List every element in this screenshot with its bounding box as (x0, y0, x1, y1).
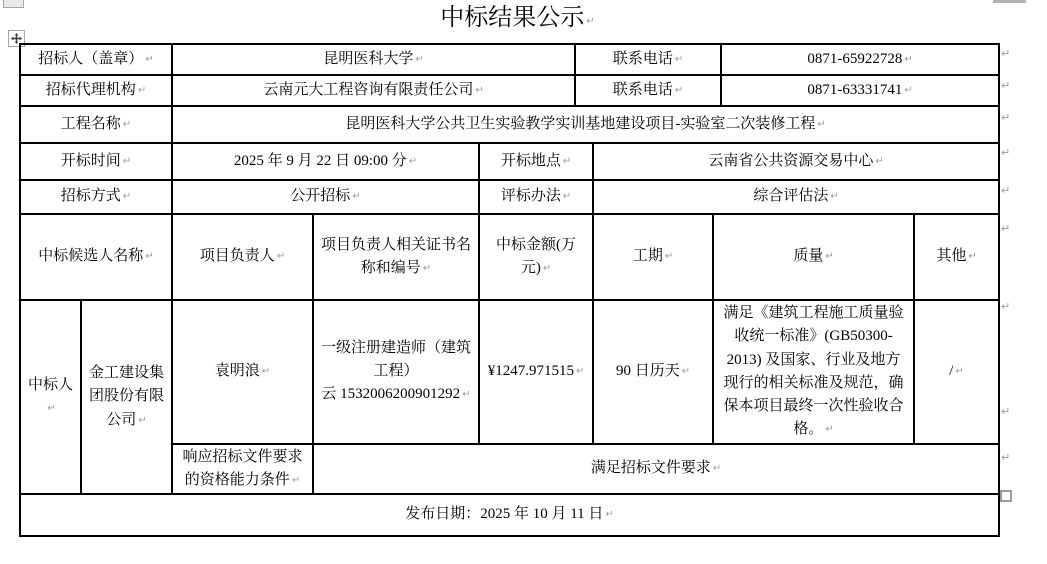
cell-contact-label-2[interactable]: 联系电话↵ (575, 75, 721, 106)
cell-open-place-value[interactable]: 云南省公共资源交易中心↵ (593, 143, 999, 180)
cell-project-label[interactable]: 工程名称↵ (20, 106, 172, 143)
row-end-mark: ↵ (1001, 79, 1010, 92)
table-row: 工程名称↵ 昆明医科大学公共卫生实验教学实训基地建设项目-实验室二次装修工程↵ (20, 106, 999, 143)
cell-method-label[interactable]: 招标方式↵ (20, 180, 172, 214)
cell-winner-company[interactable]: 金工建设集团股份有限公司↵ (81, 300, 172, 494)
cell-winner-role[interactable]: 中标人↵ (20, 300, 81, 494)
cell-open-time-label[interactable]: 开标时间↵ (20, 143, 172, 180)
page-title-text: 中标结果公示 (440, 5, 584, 31)
cell-open-time-value[interactable]: 2025 年 9 月 22 日 09:00 分↵ (172, 143, 479, 180)
cell-bidder-label[interactable]: 招标人（盖章）↵ (20, 44, 172, 75)
table-resize-handle[interactable] (1000, 490, 1012, 502)
cell-method-value[interactable]: 公开招标↵ (172, 180, 479, 214)
row-end-mark: ↵ (1001, 300, 1010, 313)
cell-publish-date[interactable]: 发布日期：2025 年 10 月 11 日↵ (20, 494, 999, 536)
row-end-mark: ↵ (1001, 451, 1010, 464)
cell-winner-quality[interactable]: 满足《建筑工程施工质量验收统一标准》(GB50300-2013) 及国家、行业及… (713, 300, 914, 444)
table-row: 发布日期：2025 年 10 月 11 日↵ (20, 494, 999, 536)
table-header-row: 中标候选人名称↵ 项目负责人↵ 项目负责人相关证书名 称和编号↵ 中标金额(万元… (20, 214, 999, 300)
cell-phone-1[interactable]: 0871-65922728↵ (721, 44, 999, 75)
row-end-mark: ↵ (1001, 47, 1010, 60)
cell-open-place-label[interactable]: 开标地点↵ (479, 143, 593, 180)
cell-agency-value[interactable]: 云南元大工程咨询有限责任公司↵ (172, 75, 575, 106)
cell-winner-certificate[interactable]: 一级注册建造师（建筑工程） 云 1532006200901292↵ (313, 300, 479, 444)
table-row: 招标代理机构↵ 云南元大工程咨询有限责任公司↵ 联系电话↵ 0871-63331… (20, 75, 999, 106)
header-manager[interactable]: 项目负责人↵ (172, 214, 313, 300)
table-row: 开标时间↵ 2025 年 9 月 22 日 09:00 分↵ 开标地点↵ 云南省… (20, 143, 999, 180)
cell-qualification-label[interactable]: 响应招标文件要求的资格能力条件↵ (172, 444, 313, 495)
table-row: 招标方式↵ 公开招标↵ 评标办法↵ 综合评估法↵ (20, 180, 999, 214)
cell-bidder-value[interactable]: 昆明医科大学↵ (172, 44, 575, 75)
header-other[interactable]: 其他↵ (914, 214, 999, 300)
cell-winner-duration[interactable]: 90 日历天↵ (593, 300, 713, 444)
cell-eval-value[interactable]: 综合评估法↵ (593, 180, 999, 214)
row-end-mark: ↵ (1001, 184, 1010, 197)
table-row: 招标人（盖章）↵ 昆明医科大学↵ 联系电话↵ 0871-65922728↵ (20, 44, 999, 75)
row-end-mark: ↵ (1001, 146, 1010, 159)
document-page: 中标结果公示↵ 招标人（盖章）↵ 昆明医科大学↵ 联系电话↵ 0871-6592… (0, 0, 1047, 564)
row-end-mark: ↵ (1001, 111, 1010, 124)
page-title[interactable]: 中标结果公示↵ (0, 3, 1035, 37)
table-row: 中标人↵ 金工建设集团股份有限公司↵ 袁明浪↵ 一级注册建造师（建筑工程） 云 … (20, 300, 999, 444)
cell-winner-amount[interactable]: ¥1247.971515↵ (479, 300, 593, 444)
cell-agency-label[interactable]: 招标代理机构↵ (20, 75, 172, 106)
cell-eval-label[interactable]: 评标办法↵ (479, 180, 593, 214)
cell-contact-label-1[interactable]: 联系电话↵ (575, 44, 721, 75)
cell-phone-2[interactable]: 0871-63331741↵ (721, 75, 999, 106)
paragraph-mark: ↵ (586, 16, 594, 27)
header-amount[interactable]: 中标金额(万元)↵ (479, 214, 593, 300)
cell-winner-manager[interactable]: 袁明浪↵ (172, 300, 313, 444)
cell-qualification-value[interactable]: 满足招标文件要求↵ (313, 444, 999, 495)
bid-result-table: 招标人（盖章）↵ 昆明医科大学↵ 联系电话↵ 0871-65922728↵ 招标… (19, 43, 1000, 537)
cell-project-value[interactable]: 昆明医科大学公共卫生实验教学实训基地建设项目-实验室二次装修工程↵ (172, 106, 999, 143)
row-end-mark: ↵ (1001, 222, 1010, 235)
header-quality[interactable]: 质量↵ (713, 214, 914, 300)
header-duration[interactable]: 工期↵ (593, 214, 713, 300)
header-candidate[interactable]: 中标候选人名称↵ (20, 214, 172, 300)
cell-winner-other[interactable]: /↵ (914, 300, 999, 444)
header-certificate[interactable]: 项目负责人相关证书名 称和编号↵ (313, 214, 479, 300)
row-end-mark: ↵ (1001, 405, 1010, 418)
